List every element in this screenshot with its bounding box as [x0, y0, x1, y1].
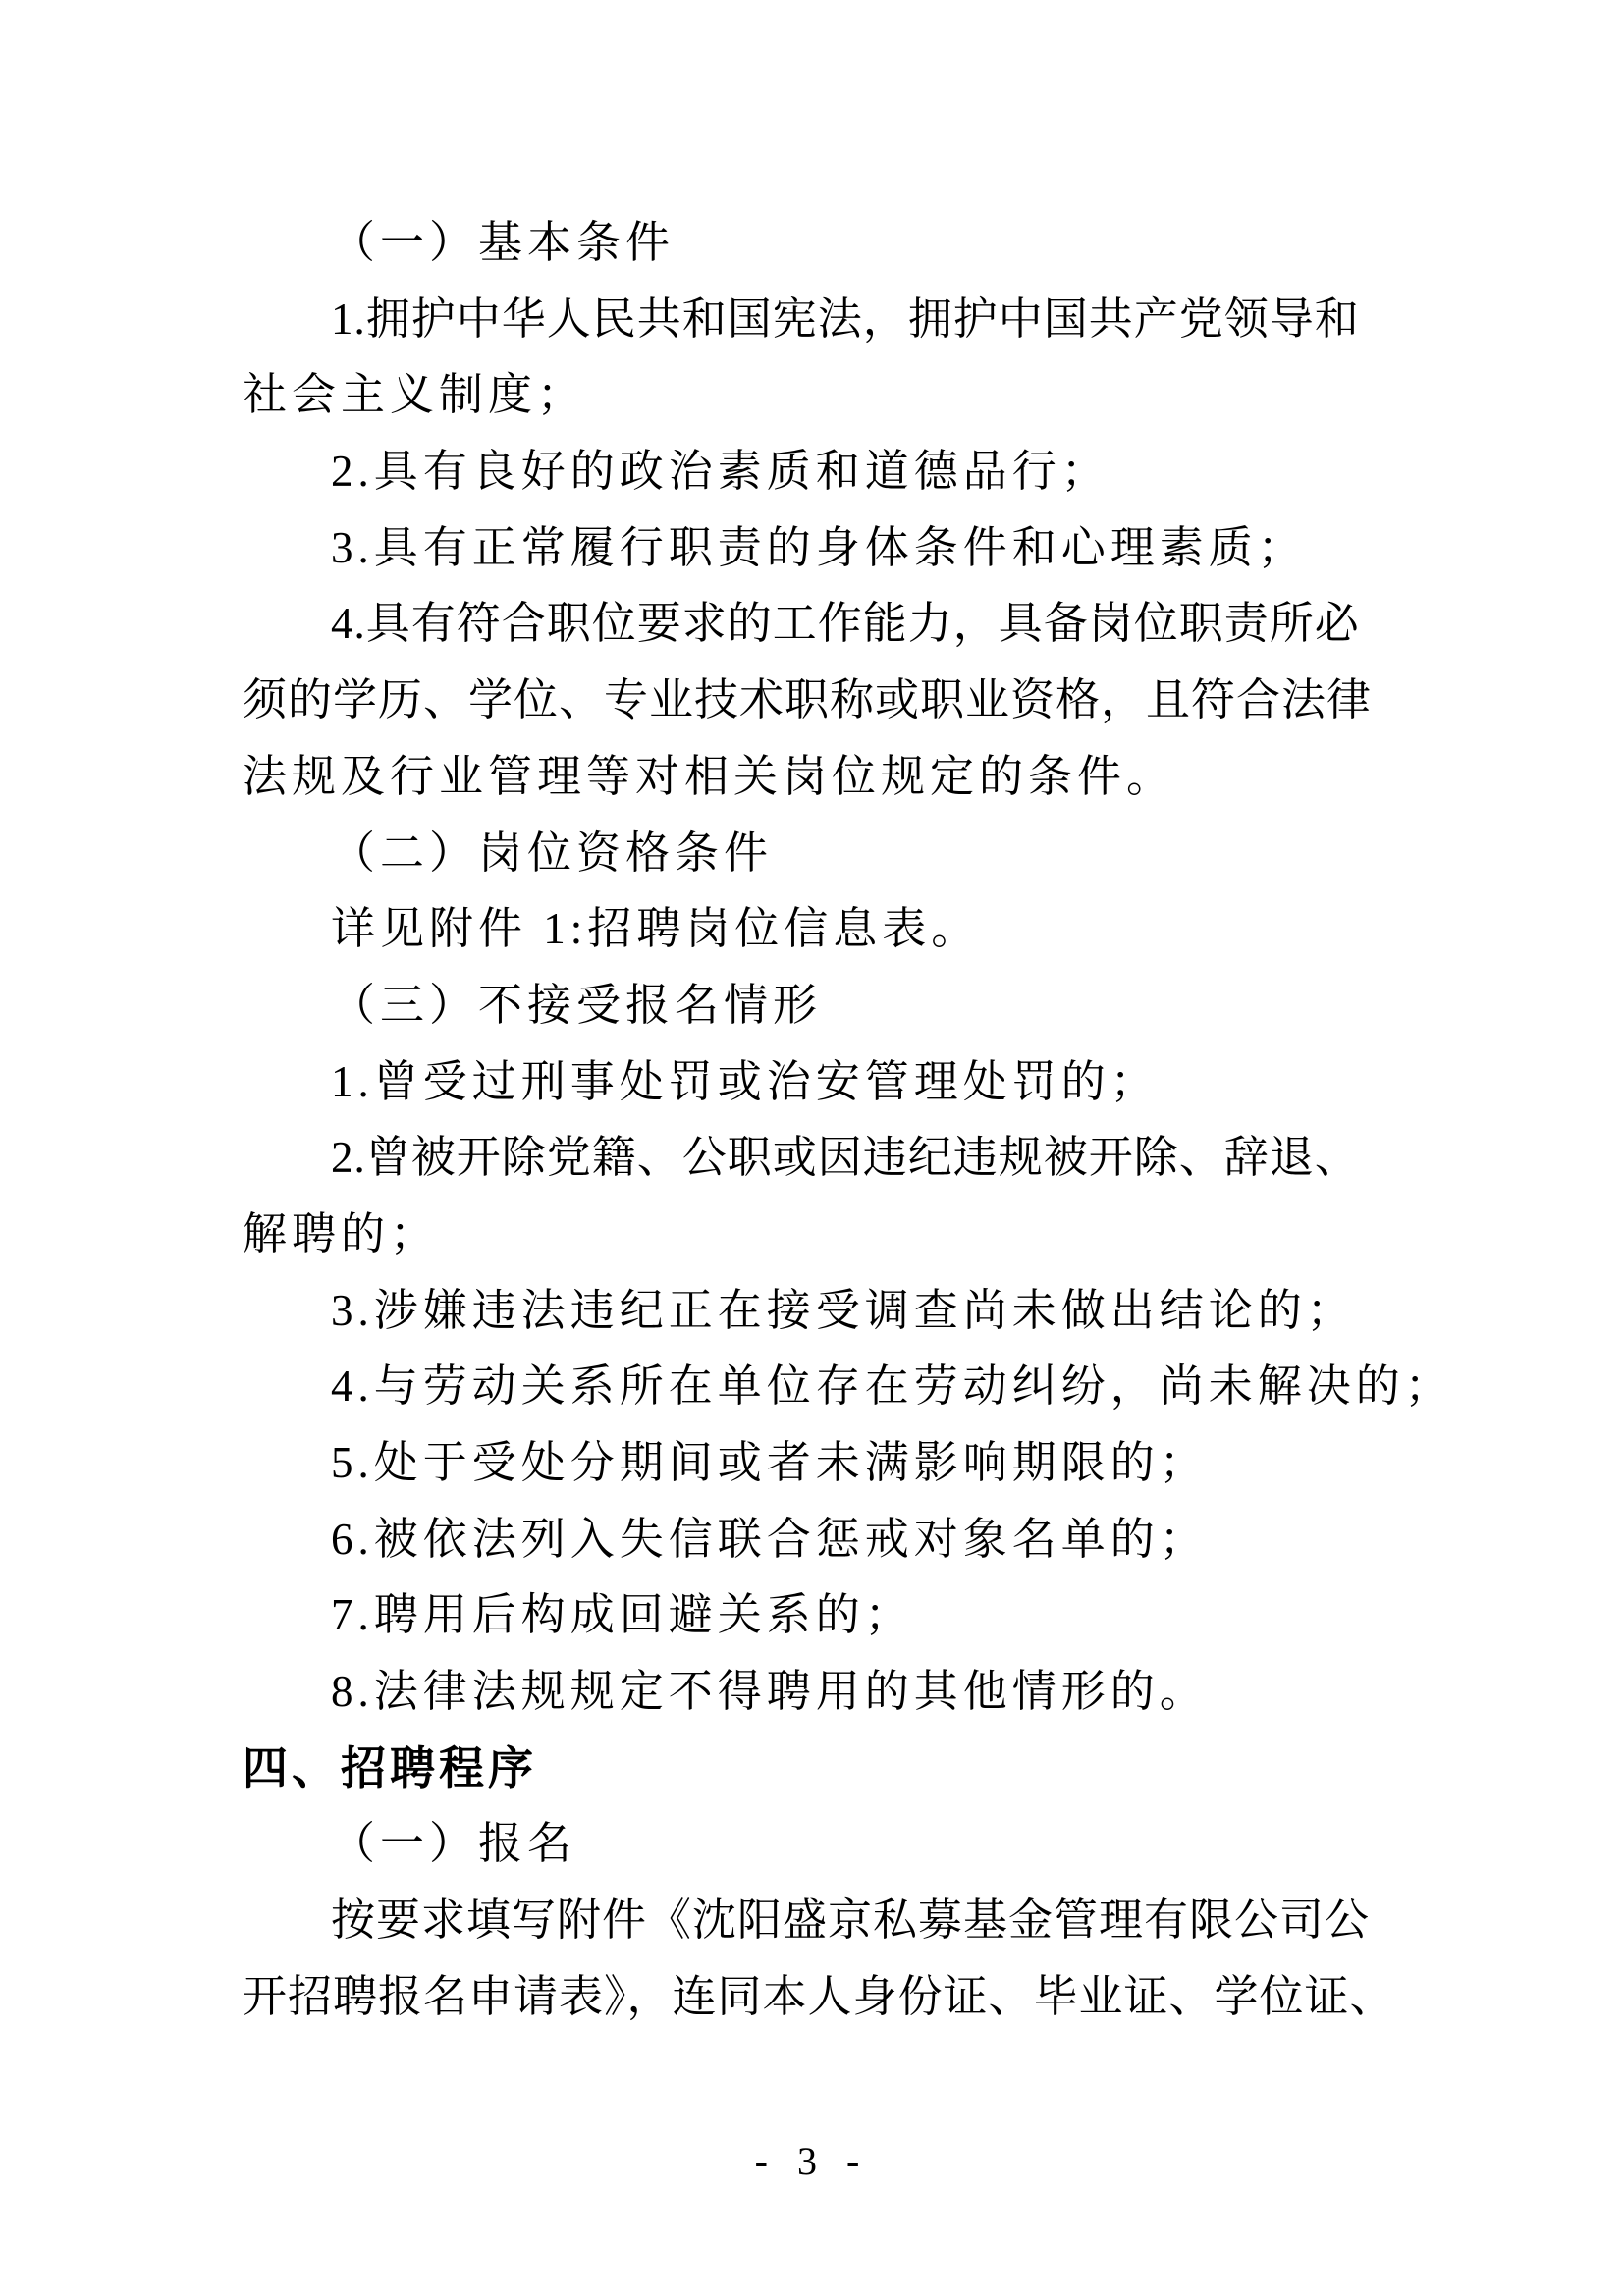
- document-line: 6.被依法列入失信联合惩戒对象名单的；: [243, 1502, 1391, 1578]
- document-line: 开招聘报名申请表》，连同本人身份证、毕业证、学位证、: [243, 1959, 1391, 2036]
- document-line: （二）岗位资格条件: [243, 816, 1391, 892]
- document-line: 1.曾受过刑事处罚或治安管理处罚的；: [243, 1044, 1391, 1121]
- document-line: 4.具有符合职位要求的工作能力，具备岗位职责所必: [243, 586, 1391, 663]
- document-line: 4.与劳动关系所在单位存在劳动纠纷，尚未解决的；: [243, 1349, 1391, 1425]
- document-line: 3.涉嫌违法违纪正在接受调查尚未做出结论的；: [243, 1273, 1391, 1350]
- document-line: 解聘的；: [243, 1197, 1391, 1273]
- document-line: 3.具有正常履行职责的身体条件和心理素质；: [243, 510, 1391, 587]
- document-line: 8.法律法规规定不得聘用的其他情形的。: [243, 1654, 1391, 1731]
- document-line: 法规及行业管理等对相关岗位规定的条件。: [243, 739, 1391, 816]
- document-line: 详见附件 1:招聘岗位信息表。: [243, 891, 1391, 968]
- document-line: 2.具有良好的政治素质和道德品行；: [243, 434, 1391, 510]
- document-page: （一）基本条件1.拥护中华人民共和国宪法，拥护中国共产党领导和社会主义制度；2.…: [0, 0, 1624, 2296]
- document-line: 7.聘用后构成回避关系的；: [243, 1577, 1391, 1654]
- section-heading: 四、招聘程序: [243, 1731, 1391, 1807]
- document-line: 社会主义制度；: [243, 357, 1391, 434]
- document-line: 5.处于受处分期间或者未满影响期限的；: [243, 1425, 1391, 1502]
- document-line: （一）基本条件: [243, 205, 1391, 282]
- document-body: （一）基本条件1.拥护中华人民共和国宪法，拥护中国共产党领导和社会主义制度；2.…: [243, 205, 1391, 2036]
- document-line: 须的学历、学位、专业技术职称或职业资格，且符合法律: [243, 663, 1391, 739]
- document-line: 2.曾被开除党籍、公职或因违纪违规被开除、辞退、: [243, 1120, 1391, 1197]
- document-line: （三）不接受报名情形: [243, 968, 1391, 1044]
- page-number: - 3 -: [0, 2138, 1624, 2184]
- document-line: 按要求填写附件《沈阳盛京私募基金管理有限公司公: [243, 1883, 1391, 1959]
- document-line: 1.拥护中华人民共和国宪法，拥护中国共产党领导和: [243, 282, 1391, 358]
- document-line: （一）报名: [243, 1806, 1391, 1883]
